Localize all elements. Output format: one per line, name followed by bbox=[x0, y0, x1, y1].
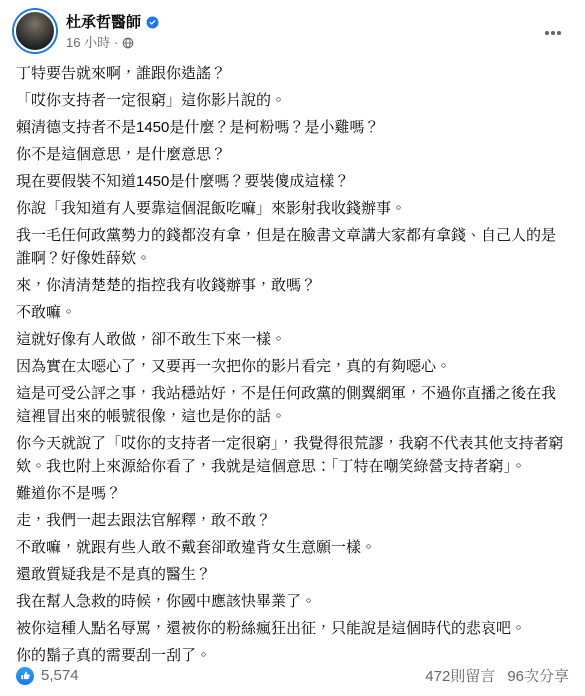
post-timestamp[interactable]: 16 小時 bbox=[66, 35, 110, 51]
post-paragraph: 丁特要告就來啊，誰跟你造謠？ bbox=[16, 62, 569, 85]
post-paragraph: 因為實在太噁心了，又要再一次把你的影片看完，真的有夠噁心。 bbox=[16, 355, 569, 378]
author-row: 杜承哲醫師 bbox=[66, 13, 159, 32]
verified-badge-icon bbox=[146, 16, 159, 29]
post-paragraph: 不敢嘛，就跟有些人敢不戴套卻敢違背女生意願一樣。 bbox=[16, 536, 569, 559]
post-paragraph: 不敢嘛。 bbox=[16, 301, 569, 324]
post-paragraph: 賴清德支持者不是1450是什麼？是柯粉嗎？是小雞嗎？ bbox=[16, 116, 569, 139]
post-paragraph: 你說「我知道有人要靠這個混飯吃嘛」來影射我收錢辦事。 bbox=[16, 197, 569, 220]
header-texts: 杜承哲醫師 16 小時 · bbox=[66, 10, 159, 51]
like-icon bbox=[16, 667, 34, 685]
post-meta: 16 小時 · bbox=[66, 35, 159, 51]
facebook-post-card: 杜承哲醫師 16 小時 · bbox=[0, 0, 585, 696]
post-stats-bar: 5,574 472則留言 96次分享 bbox=[0, 660, 585, 696]
post-header: 杜承哲醫師 16 小時 · bbox=[0, 0, 585, 58]
post-paragraph: 我在幫人急救的時候，你國中應該快畢業了。 bbox=[16, 590, 569, 613]
post-body: 丁特要告就來啊，誰跟你造謠？「哎你支持者一定很窮」這你影片說的。賴清德支持者不是… bbox=[0, 58, 585, 667]
avatar-photo bbox=[14, 10, 56, 52]
post-paragraph: 這就好像有人敢做，卻不敢生下來一樣。 bbox=[16, 328, 569, 351]
post-paragraph: 你不是這個意思，是什麼意思？ bbox=[16, 143, 569, 166]
post-paragraph: 來，你清清楚楚的指控我有收錢辦事，敢嗎？ bbox=[16, 274, 569, 297]
post-paragraph: 走，我們一起去跟法官解釋，敢不敢？ bbox=[16, 509, 569, 532]
stats-right: 472則留言 96次分享 bbox=[425, 665, 569, 686]
meta-separator: · bbox=[114, 35, 118, 51]
reaction-count[interactable]: 5,574 bbox=[41, 667, 79, 684]
post-paragraph: 你今天就說了「哎你的支持者一定很窮」，我覺得很荒謬，我窮不代表其他支持者窮欸。我… bbox=[16, 432, 569, 478]
globe-icon bbox=[122, 37, 134, 49]
post-paragraph: 難道你不是嗎？ bbox=[16, 482, 569, 505]
reactions-summary[interactable]: 5,574 bbox=[16, 667, 79, 685]
post-paragraph: 這是可受公評之事，我站穩站好，不是任何政黨的側翼網軍，不過你直播之後在我這裡冒出… bbox=[16, 382, 569, 428]
post-paragraph: 「哎你支持者一定很窮」這你影片說的。 bbox=[16, 89, 569, 112]
post-paragraph: 我一毛任何政黨勢力的錢都沒有拿，但是在臉書文章講大家都有拿錢、自己人的是誰啊？好… bbox=[16, 224, 569, 270]
post-paragraph: 被你這種人點名辱罵，還被你的粉絲瘋狂出征，只能說是這個時代的悲哀吧。 bbox=[16, 617, 569, 640]
avatar[interactable] bbox=[14, 10, 56, 52]
post-paragraph: 現在要假裝不知道1450是什麼嗎？要裝傻成這樣？ bbox=[16, 170, 569, 193]
comments-count[interactable]: 472則留言 bbox=[425, 665, 495, 686]
author-name[interactable]: 杜承哲醫師 bbox=[66, 13, 141, 32]
more-options-icon[interactable] bbox=[537, 22, 569, 44]
post-paragraph: 還敢質疑我是不是真的醫生？ bbox=[16, 563, 569, 586]
shares-count[interactable]: 96次分享 bbox=[507, 665, 569, 686]
